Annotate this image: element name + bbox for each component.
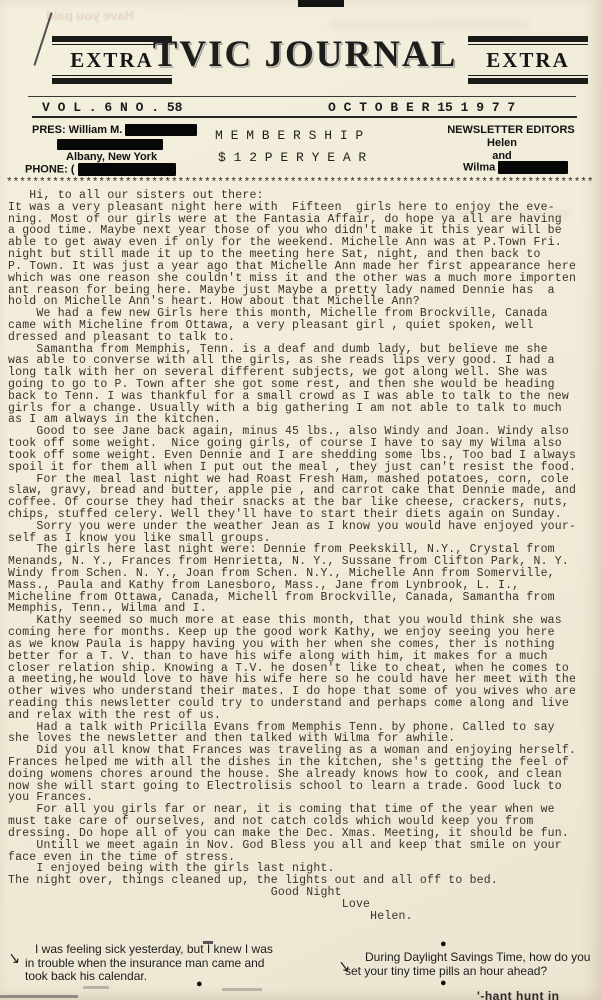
scan-edge-line xyxy=(0,995,78,998)
bleed-through-smudge xyxy=(330,20,530,29)
joke-clipping-left: I was feeling sick yesterday, but I knew… xyxy=(25,943,277,984)
bullet-icon: ● xyxy=(440,977,447,989)
membership-price: $ 1 2 P E R Y E A R xyxy=(218,150,366,165)
membership-label: M E M B E R S H I P xyxy=(215,128,363,143)
horizontal-rule xyxy=(28,96,576,97)
clipping-dash xyxy=(222,988,262,991)
asterisk-divider: ****************************************… xyxy=(6,177,598,189)
joke-clipping-right: During Daylight Savings Time, how do you… xyxy=(345,951,601,978)
bullet-icon: ● xyxy=(440,938,447,950)
editor-name-helen: Helen xyxy=(432,137,572,149)
cutoff-text-fragment: '-hant hunt in xyxy=(477,989,601,1000)
city-line: Albany, New York xyxy=(66,151,157,163)
redaction-bar xyxy=(78,163,176,176)
editor-wilma-label: Wilma xyxy=(463,161,495,173)
redaction-bar xyxy=(57,139,163,150)
volume-number: V O L . 6 N O . 58 xyxy=(42,100,182,115)
pen-mark xyxy=(33,12,52,66)
horizontal-rule xyxy=(32,116,577,118)
president-label: PRES: William M. xyxy=(32,124,122,136)
arrow-icon: ↘ xyxy=(7,948,22,968)
phone-label: PHONE: ( xyxy=(25,163,75,175)
issue-date: O C T O B E R 15 1 9 7 7 xyxy=(328,100,515,115)
banner-rule xyxy=(468,36,588,42)
bullet-icon: ● xyxy=(196,978,203,990)
editor-name-wilma: Wilma xyxy=(463,161,568,174)
extra-banner-right: EXTRA xyxy=(468,36,588,84)
editors-label: NEWSLETTER EDITORS xyxy=(432,124,590,136)
president-line: PRES: William M. xyxy=(32,124,197,136)
banner-rule xyxy=(52,78,172,84)
banner-rule xyxy=(468,75,588,76)
extra-label-right: EXTRA xyxy=(468,45,588,75)
banner-rule xyxy=(468,78,588,84)
page-title: TVIC JOURNAL xyxy=(150,33,460,76)
letter-body: Hi, to all our sisters out there: It was… xyxy=(8,190,576,922)
scan-artifact-mark xyxy=(298,0,344,7)
bleed-through-text: Have you paid xyxy=(46,8,134,23)
newsletter-page: Have you paid EXTRA TVIC JOURNAL EXTRA V… xyxy=(0,0,601,1000)
redaction-bar xyxy=(125,124,197,136)
clipping-dash xyxy=(83,986,109,989)
redaction-bar xyxy=(498,161,568,174)
phone-line: PHONE: ( xyxy=(25,163,176,176)
